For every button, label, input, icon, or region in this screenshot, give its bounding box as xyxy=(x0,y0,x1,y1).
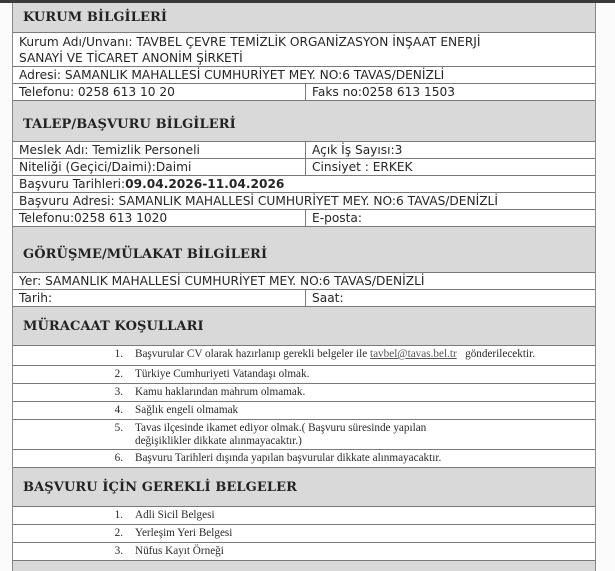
item-text: Başvurular CV olarak hazırlanıp gerekli … xyxy=(135,348,565,361)
list-item: 3. Nüfus Kayıt Örneği xyxy=(13,542,595,561)
item-number: 1. xyxy=(103,509,123,521)
list-item: 6. Başvuru Tarihleri dışında yapılan baş… xyxy=(13,449,595,468)
interview-date: Tarih: xyxy=(13,290,52,306)
kurum-fax: Faks no:0258 613 1503 xyxy=(305,84,455,100)
gender: Cinsiyet : ERKEK xyxy=(305,159,413,175)
section-title-kosullar: MÜRACAAT KOŞULLARI xyxy=(13,307,595,345)
item-text: Sağlık engeli olmamak xyxy=(135,404,565,417)
interview-time: Saat: xyxy=(305,290,344,306)
dates-label: Başvuru Tarihleri: xyxy=(19,177,125,191)
item-number: 3. xyxy=(103,386,123,398)
item-text: Tavas ilçesinde ikamet ediyor olmak.( Ba… xyxy=(135,422,445,448)
kurum-name-line2: SANAYİ VE TİCARET ANONİM ŞİRKETİ xyxy=(19,51,243,65)
section-title-belgeler: BAŞVURU İÇİN GEREKLİ BELGELER xyxy=(13,468,595,506)
row-place: Yer: SAMANLIK MAHALLESİ CUMHURİYET MEY. … xyxy=(13,272,595,289)
row-kurum-contact: Telefonu: 0258 613 10 20 Faks no:0258 61… xyxy=(13,83,595,101)
item-text: Nüfus Kayıt Örneği xyxy=(135,545,565,558)
item-text-pre: Başvurular CV olarak hazırlanıp gerekli … xyxy=(135,348,370,360)
row-talep-contact: Telefonu:0258 613 1020 E-posta: xyxy=(13,209,595,227)
item-text: Türkiye Cumhuriyeti Vatandaşı olmak. xyxy=(135,368,565,381)
list-item: 1. Adli Sicil Belgesi xyxy=(13,506,595,524)
item-text: Kamu haklarından mahrum olmamak. xyxy=(135,386,565,399)
list-item: 3. Kamu haklarından mahrum olmamak. xyxy=(13,383,595,401)
item-text: Adli Sicil Belgesi xyxy=(135,509,565,522)
application-dates: Başvuru Tarihleri:09.04.2026-11.04.2026 xyxy=(13,176,595,192)
list-item: 4. Sağlık engeli olmamak xyxy=(13,401,595,419)
section-title-gorusme: GÖRÜŞME/MÜLAKAT BİLGİLERİ xyxy=(13,236,595,272)
item-number: 3. xyxy=(103,545,123,557)
item-text-post: gönderilecektir. xyxy=(457,348,535,360)
row-apply-address: Başvuru Adresi: SAMANLIK MAHALLESİ CUMHU… xyxy=(13,192,595,209)
list-item: 1. Başvurular CV olarak hazırlanıp gerek… xyxy=(13,345,595,365)
talep-phone: Telefonu:0258 613 1020 xyxy=(13,210,167,226)
kurum-name-line1: TAVBEL ÇEVRE TEMİZLİK ORGANİZASYON İNŞAA… xyxy=(136,35,480,49)
occupation: Meslek Adı: Temizlik Personeli xyxy=(13,142,200,158)
section-title-kurum: KURUM BİLGİLERİ xyxy=(13,3,595,32)
item-number: 2. xyxy=(103,527,123,539)
list-item: 5. Tavas ilçesinde ikamet ediyor olmak.(… xyxy=(13,419,595,449)
list-item: 2. Yerleşim Yeri Belgesi xyxy=(13,524,595,542)
item-text: Başvuru Tarihleri dışında yapılan başvur… xyxy=(135,452,565,465)
section-title-talep: TALEP/BAŞVURU BİLGİLERİ xyxy=(13,107,595,141)
row-kurum-address: Adresi: SAMANLIK MAHALLESİ CUMHURİYET ME… xyxy=(13,66,595,83)
item-number: 5. xyxy=(103,422,123,434)
dates-value: 09.04.2026-11.04.2026 xyxy=(125,177,284,191)
row-nature: Niteliği (Geçici/Daimi):Daimi Cinsiyet :… xyxy=(13,158,595,175)
talep-email: E-posta: xyxy=(305,210,362,226)
job-nature: Niteliği (Geçici/Daimi):Daimi xyxy=(13,159,191,175)
item-number: 4. xyxy=(103,404,123,416)
kurum-phone: Telefonu: 0258 613 10 20 xyxy=(13,84,175,100)
row-kurum-name: Kurum Adı/Unvanı: TAVBEL ÇEVRE TEMİZLİK … xyxy=(13,32,595,66)
interview-place: Yer: SAMANLIK MAHALLESİ CUMHURİYET MEY. … xyxy=(13,273,595,289)
row-occupation: Meslek Adı: Temizlik Personeli Açık İş S… xyxy=(13,141,595,158)
list-item: 2. Türkiye Cumhuriyeti Vatandaşı olmak. xyxy=(13,365,595,383)
kurum-address: Adresi: SAMANLIK MAHALLESİ CUMHURİYET ME… xyxy=(13,67,595,83)
row-dates: Başvuru Tarihleri:09.04.2026-11.04.2026 xyxy=(13,175,595,192)
item-text: Yerleşim Yeri Belgesi xyxy=(135,527,565,540)
apply-address: Başvuru Adresi: SAMANLIK MAHALLESİ CUMHU… xyxy=(13,193,595,209)
kurum-name: Kurum Adı/Unvanı: TAVBEL ÇEVRE TEMİZLİK … xyxy=(13,34,595,66)
item-number: 6. xyxy=(103,452,123,464)
item-number: 2. xyxy=(103,368,123,380)
item-number: 1. xyxy=(103,348,123,360)
row-date-time: Tarih: Saat: xyxy=(13,289,595,307)
kurum-name-label: Kurum Adı/Unvanı: xyxy=(19,35,136,49)
open-jobs: Açık İş Sayısı:3 xyxy=(305,142,402,158)
email-link[interactable]: tavbel@tavas.bel.tr xyxy=(370,348,457,360)
job-posting-form: KURUM BİLGİLERİ Kurum Adı/Unvanı: TAVBEL… xyxy=(12,3,596,571)
